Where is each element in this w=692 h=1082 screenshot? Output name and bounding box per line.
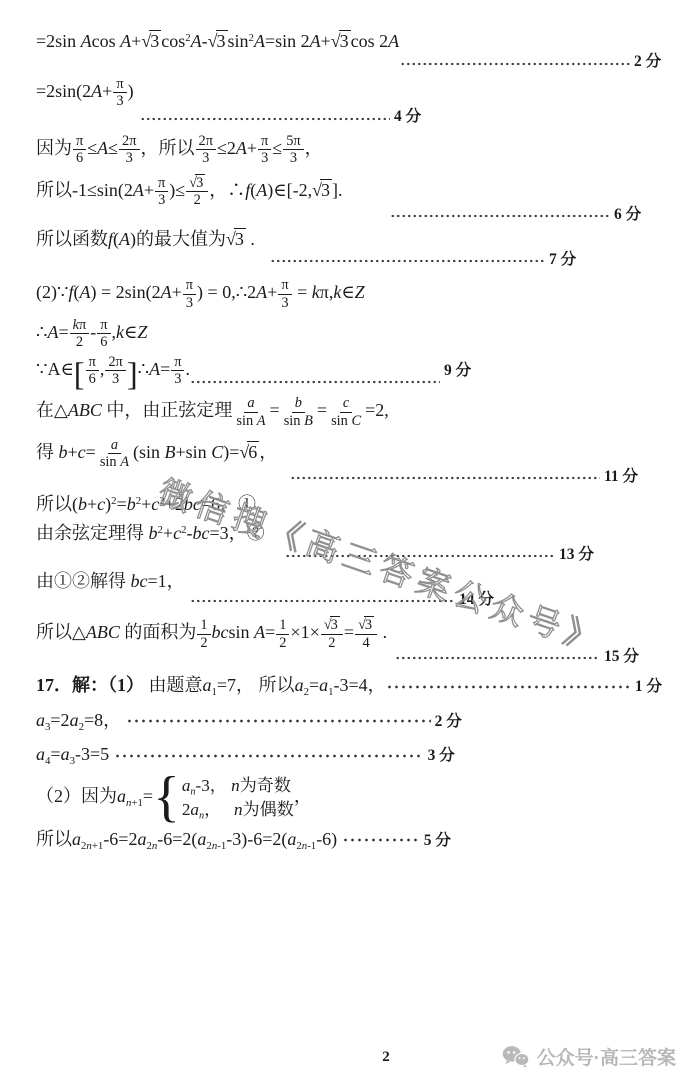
score-label: 11 分 (600, 467, 638, 486)
solution-line: 所以-1≤sin(2A+π3)≤√32，∴f(A)∈[-2,√3]. (36, 175, 662, 209)
score-label: 14 分 (455, 590, 494, 609)
score-label: 15 分 (600, 647, 639, 666)
dotted-leader (270, 259, 545, 263)
solution-line: ∵A∈[π6,2π3]∴A=π3.9 分 (36, 354, 662, 389)
score-label: 13 分 (555, 545, 594, 564)
dotted-leader (390, 214, 610, 218)
score-label: 5 分 (420, 831, 451, 850)
math-text: 17．解：（1） 由题意a1=7， 所以a2=a1-3=4， (36, 674, 386, 697)
score-leader-row: 7 分 (36, 252, 662, 267)
dotted-leader (285, 554, 555, 558)
dotted-leader (190, 599, 455, 603)
math-text: 在△ABC 中，由正弦定理asin A=bsin B=csin C=2, (36, 395, 389, 429)
score-leader-row: 15 分 (36, 649, 662, 664)
solution-line: 所以(b+c)2=b2+c2+2bc=6，① (36, 493, 662, 516)
score-label: 1 分 (631, 677, 662, 696)
math-text: a4=a3-3=5 (36, 743, 114, 766)
dotted-leader (126, 719, 431, 723)
math-text: =2sin(2A+π3) (36, 76, 134, 110)
math-text: 由①②解得 bc=1， (36, 570, 185, 593)
score-leader-row: 13 分 (36, 547, 662, 562)
solution-line: =2sin Acos A+√3cos2A-√3sin2A=sin 2A+√3co… (36, 30, 662, 53)
dotted-leader (114, 754, 424, 758)
score-leader-row: 4 分 (36, 110, 662, 125)
math-text: 得 b+c=asin A(sin B+sin C)=√6， (36, 437, 277, 471)
dotted-leader (342, 838, 420, 842)
math-text: ∵A∈[π6,2π3]∴A=π3. (36, 354, 190, 389)
math-text: 所以(b+c)2=b2+c2+2bc=6，① (36, 493, 256, 516)
score-leader-row: 2 分 (36, 55, 662, 70)
solution-line: 所以a2n+1-6=2a2n-6=2(a2n-1-3)-6=2(a2n-1-6)… (36, 828, 662, 851)
solution-line: 因为π6≤A≤2π3，所以2π3≤2A+π3≤5π3， (36, 133, 662, 167)
dotted-leader (400, 62, 630, 66)
dotted-leader (386, 685, 631, 689)
wechat-footer-label: 公众号·高三答案 (537, 1043, 676, 1070)
solution-line: 得 b+c=asin A(sin B+sin C)=√6， (36, 437, 662, 471)
dotted-leader (190, 380, 440, 384)
wechat-footer: 公众号·高三答案 (502, 1043, 676, 1070)
solution-line: （2）因为an+1={an-3， n为奇数2an， n为偶数， (36, 775, 662, 821)
solution-line: 所以函数f(A)的最大值为√3 . (36, 228, 662, 251)
score-label: 9 分 (440, 361, 471, 380)
solution-line: 所以△ABC 的面积为12bcsin A=12×1×√32=√34 . (36, 617, 662, 651)
score-leader-row: 14 分 (36, 592, 662, 607)
dotted-leader (395, 656, 600, 660)
solution-line: a3=2a2=8， 2 分 (36, 709, 662, 732)
dotted-leader (140, 117, 390, 121)
solution-line: 17．解：（1） 由题意a1=7， 所以a2=a1-3=4，1 分 (36, 674, 662, 697)
score-label: 7 分 (545, 250, 576, 269)
solution-line: a4=a3-3=5 3 分 (36, 743, 662, 766)
solution-line: (2)∵f(A) = 2sin(2A+π3) = 0,∴2A+π3 = kπ,k… (36, 277, 662, 311)
math-text: a3=2a2=8， (36, 709, 126, 732)
score-label: 6 分 (610, 205, 641, 224)
math-text: 所以△ABC 的面积为12bcsin A=12×1×√32=√34 . (36, 617, 387, 651)
math-text: (2)∵f(A) = 2sin(2A+π3) = 0,∴2A+π3 = kπ,k… (36, 277, 365, 311)
solution-line: 在△ABC 中，由正弦定理asin A=bsin B=csin C=2, (36, 395, 662, 429)
math-text: 由余弦定理得 b2+c2-bc=3，② (36, 522, 265, 545)
solution-line: 由①②解得 bc=1， (36, 570, 662, 593)
answer-sheet-page: =2sin Acos A+√3cos2A-√3sin2A=sin 2A+√3co… (0, 0, 692, 1082)
score-label: 3 分 (424, 746, 455, 765)
math-text: 所以函数f(A)的最大值为√3 . (36, 228, 255, 251)
solution-line: =2sin(2A+π3) (36, 76, 662, 110)
solution-line: ∴A=kπ2-π6,k∈Z (36, 317, 662, 351)
solution-content: =2sin Acos A+√3cos2A-√3sin2A=sin 2A+√3co… (0, 0, 692, 850)
score-label: 4 分 (390, 107, 421, 126)
score-leader-row: 6 分 (36, 207, 662, 222)
score-leader-row: 11 分 (36, 469, 662, 484)
math-text: （2）因为an+1={an-3， n为奇数2an， n为偶数， (36, 775, 312, 821)
math-text: 所以-1≤sin(2A+π3)≤√32，∴f(A)∈[-2,√3]. (36, 175, 343, 209)
math-text: 因为π6≤A≤2π3，所以2π3≤2A+π3≤5π3， (36, 133, 323, 167)
solution-line: 由余弦定理得 b2+c2-bc=3，② (36, 522, 662, 545)
math-text: ∴A=kπ2-π6,k∈Z (36, 317, 147, 351)
wechat-icon (502, 1045, 529, 1068)
dotted-leader (290, 476, 600, 480)
math-text: 所以a2n+1-6=2a2n-6=2(a2n-1-3)-6=2(a2n-1-6) (36, 828, 342, 851)
score-label: 2 分 (630, 52, 661, 71)
score-label: 2 分 (431, 712, 462, 731)
math-text: =2sin Acos A+√3cos2A-√3sin2A=sin 2A+√3co… (36, 30, 399, 53)
